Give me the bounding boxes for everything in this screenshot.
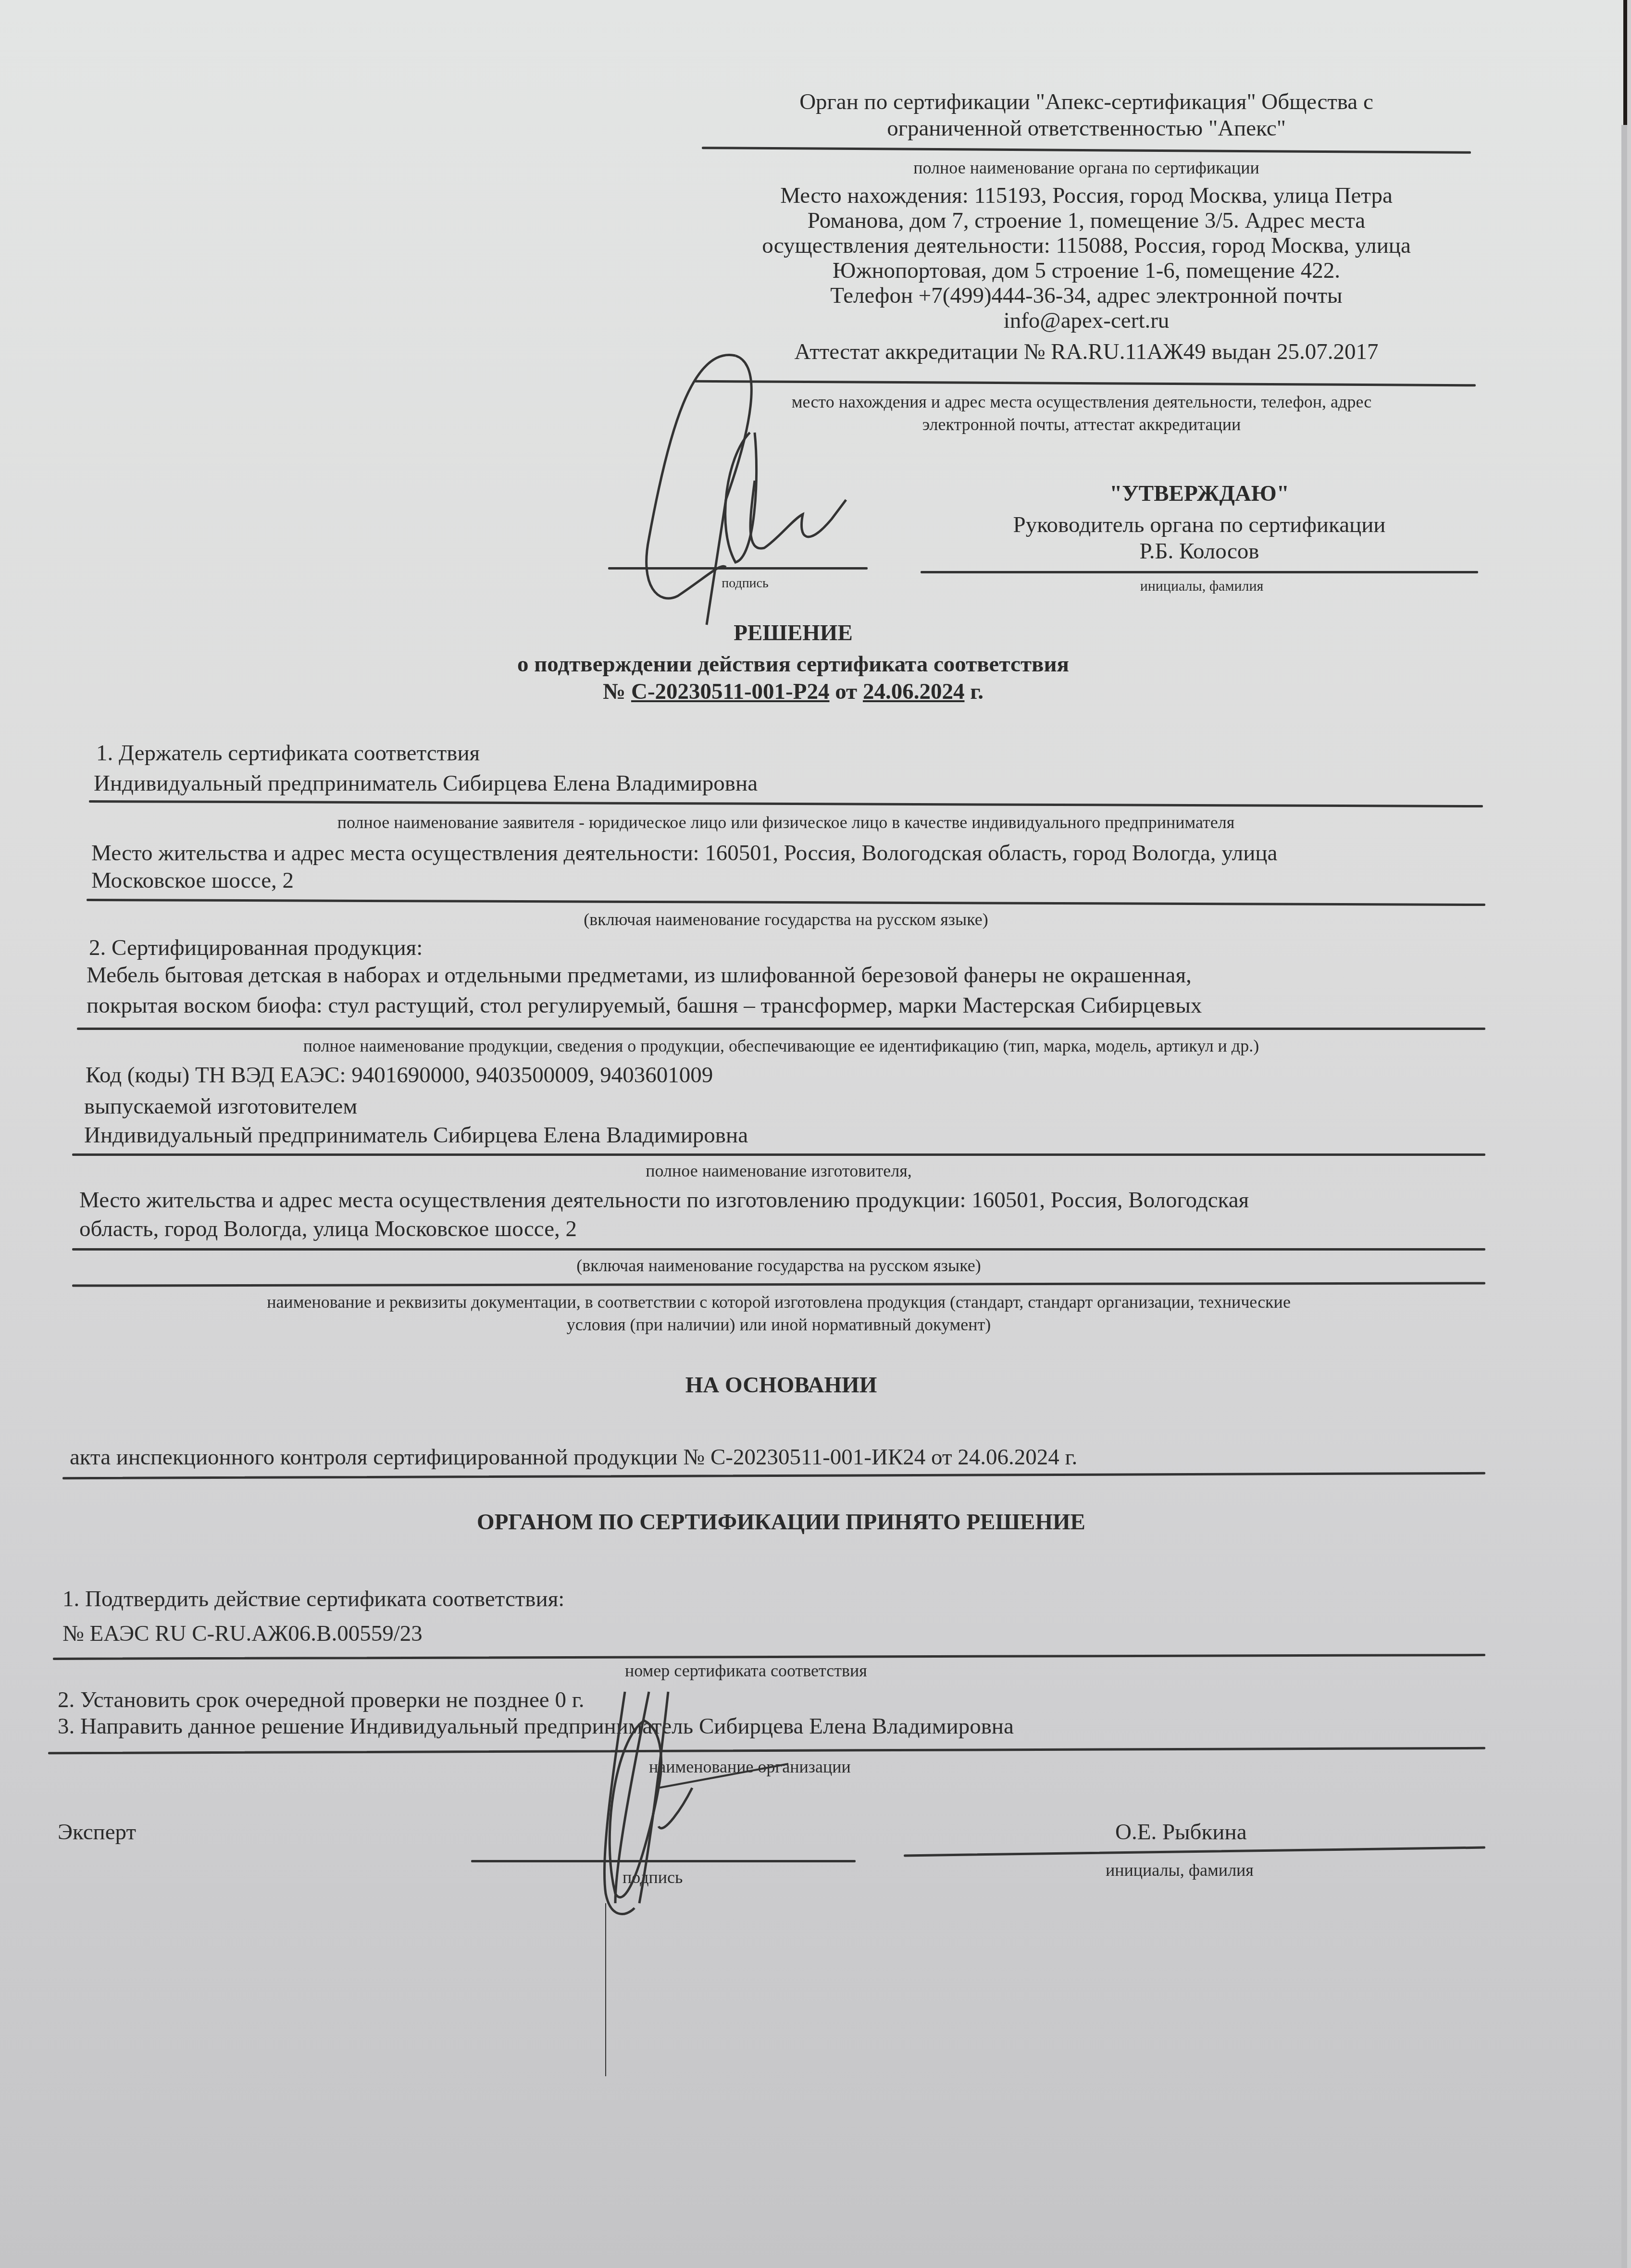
address-line-5: Телефон +7(499)444-36-34, адрес электрон… xyxy=(678,283,1495,309)
divider xyxy=(72,1282,1485,1287)
certificate-number: № ЕАЭС RU С-RU.АЖ06.В.00559/23 xyxy=(62,1621,423,1647)
name-line xyxy=(904,1847,1485,1857)
address-line-3: осуществления деятельности: 115088, Росс… xyxy=(678,233,1495,259)
name-caption: инициалы, фамилия xyxy=(1106,578,1298,595)
divider xyxy=(62,1472,1485,1479)
email: info@apex-cert.ru xyxy=(678,308,1495,334)
divider xyxy=(72,1153,1485,1156)
decision-number-line: № С-20230511-001-Р24 от 24.06.2024 г. xyxy=(433,679,1154,705)
expert-signature xyxy=(586,1692,827,1942)
date-suffix: г. xyxy=(970,679,984,704)
decision-date: 24.06.2024 xyxy=(863,679,965,704)
divider xyxy=(77,1028,1485,1030)
address-line-2: Романова, дом 7, строение 1, помещение 3… xyxy=(678,208,1495,234)
manufacturer-address-line-2: область, город Вологда, улица Московское… xyxy=(79,1216,577,1242)
holder-label: 1. Держатель сертификата соответствия xyxy=(96,740,480,766)
product-label: 2. Сертифицированная продукция: xyxy=(89,935,423,961)
holder-address-line-1: Место жительства и адрес места осуществл… xyxy=(91,840,1277,866)
number-prefix: № xyxy=(603,679,625,704)
resolution-item-2: 2. Установить срок очередной проверки не… xyxy=(58,1687,584,1713)
document-page: Орган по сертификации "Апекс-сертификаци… xyxy=(0,0,1627,2268)
manufacturer-address-caption: (включая наименование государства на рус… xyxy=(72,1255,1485,1276)
manufacturer-label: выпускаемой изготовителем xyxy=(84,1093,357,1119)
divider xyxy=(702,147,1471,154)
name-line xyxy=(921,571,1478,573)
date-prefix: от xyxy=(835,679,857,704)
expert-name-caption: инициалы, фамилия xyxy=(1106,1860,1254,1880)
resolution-item-3: 3. Направить данное решение Индивидуальн… xyxy=(58,1713,1014,1739)
paper-edge xyxy=(1621,125,1627,2268)
product-description-line-1: Мебель бытовая детская в наборах и отдел… xyxy=(87,962,1192,988)
approval-name: Р.Б. Колосов xyxy=(923,538,1476,564)
expert-name: О.Е. Рыбкина xyxy=(1115,1819,1247,1845)
resolution-title: ОРГАНОМ ПО СЕРТИФИКАЦИИ ПРИНЯТО РЕШЕНИЕ xyxy=(385,1509,1178,1535)
org-name-line-1: Орган по сертификации "Апекс-сертификаци… xyxy=(702,89,1471,115)
documentation-caption-line-1: наименование и реквизиты документации, в… xyxy=(72,1292,1485,1312)
product-description-caption: полное наименование продукции, сведения … xyxy=(77,1036,1485,1056)
holder-name: Индивидуальный предприниматель Сибирцева… xyxy=(94,770,758,796)
address-line-1: Место нахождения: 115193, Россия, город … xyxy=(678,183,1495,209)
org-name-caption: полное наименование органа по сертификац… xyxy=(702,158,1471,178)
divider xyxy=(53,1654,1485,1660)
divider xyxy=(72,1248,1485,1251)
manufacturer-caption: полное наименование изготовителя, xyxy=(72,1161,1485,1181)
holder-name-caption: полное наименование заявителя - юридичес… xyxy=(89,812,1483,832)
divider xyxy=(89,800,1483,807)
divider xyxy=(87,899,1485,906)
director-signature xyxy=(639,336,880,625)
product-codes: Код (коды) ТН ВЭД ЕАЭС: 9401690000, 9403… xyxy=(86,1062,713,1088)
address-line-4: Южнопортовая, дом 5 строение 1-6, помеще… xyxy=(678,258,1495,284)
org-name-line-2: ограниченной ответственностью "Апекс" xyxy=(702,115,1471,141)
product-description-line-2: покрытая воском биофа: стул растущий, ст… xyxy=(87,992,1202,1018)
decision-title: РЕШЕНИЕ xyxy=(433,620,1154,646)
manufacturer-address-line-1: Место жительства и адрес места осуществл… xyxy=(79,1187,1249,1213)
decision-number: С-20230511-001-Р24 xyxy=(631,679,830,704)
resolution-item-1: 1. Подтвердить действие сертификата соот… xyxy=(62,1586,564,1612)
certificate-caption: номер сертификата соответствия xyxy=(625,1661,867,1681)
manufacturer-name: Индивидуальный предприниматель Сибирцева… xyxy=(84,1122,748,1148)
basis-text: акта инспекционного контроля сертифициро… xyxy=(70,1444,1077,1470)
holder-address-line-2: Московское шоссе, 2 xyxy=(91,868,294,893)
expert-label: Эксперт xyxy=(58,1819,136,1845)
approval-position: Руководитель органа по сертификации xyxy=(923,512,1476,538)
documentation-caption-line-2: условия (при наличии) или иной нормативн… xyxy=(72,1314,1485,1335)
holder-address-caption: (включая наименование государства на рус… xyxy=(87,909,1485,930)
basis-title: НА ОСНОВАНИИ xyxy=(529,1372,1033,1398)
approval-title: "УТВЕРЖДАЮ" xyxy=(923,481,1476,507)
decision-subtitle: о подтверждении действия сертификата соо… xyxy=(433,651,1154,677)
